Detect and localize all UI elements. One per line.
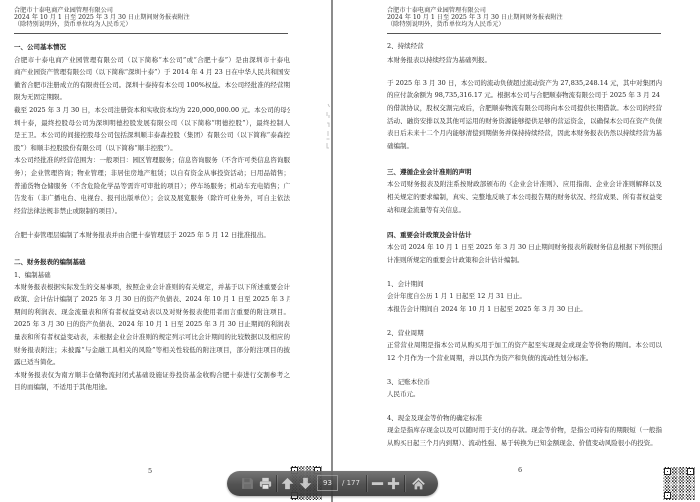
page-number: 6	[518, 466, 522, 474]
section-heading: 二、财务报表的编制基础	[14, 256, 290, 269]
subsection-heading: 3、记账本位币	[387, 376, 662, 389]
section-2: 二、财务报表的编制基础	[14, 256, 290, 269]
arrow-down-icon[interactable]	[299, 477, 312, 490]
text-line: 合肥市十泰电商产业园管理有限公司（以下简称“本公司”或“合肥十泰”）是由深圳市十…	[14, 54, 290, 67]
page-header: 合肥市十泰电商产业园管理有限公司 2024 年 10 月 1 日至 2025 年…	[387, 7, 662, 28]
text-line: 普通货物仓储服务（不含危险化学品等需许可审批的项目）；停车场服务；机动车充电销售…	[14, 180, 290, 193]
text-line: 股”）和顺丰控股股份有限公司（以下简称“顺丰控股”）。	[14, 142, 290, 155]
text-line: 础编制。	[387, 140, 662, 153]
page-number-input[interactable]	[317, 475, 338, 491]
text-line: 经营法律法规非禁止或限制的项目）。	[14, 205, 290, 218]
zoom-out-icon[interactable]	[371, 477, 384, 490]
zoom-in-icon[interactable]	[387, 477, 400, 490]
text-line: 是王卫。本公司的间接控股母公司包括深圳顺丰泰森控股（集团）有限公司（以下简称“泰…	[14, 129, 290, 142]
text-line: 目的而编制，不适用于其他用途。	[14, 381, 290, 394]
functional-currency: 3、记账本位币 人民币元。	[387, 376, 662, 401]
section-2-body: 本财务报表根据实际发生的交易事项，按照企业会计准则的有关规定，并基于以下所述重要…	[14, 281, 290, 394]
text-line: 本财务报表以持续经营为基础列报。	[387, 54, 662, 67]
text-line: 于 2025 年 3 月 30 日，本公司的流动负债超过流动资产为 27,835…	[387, 77, 662, 90]
text-line: 露已适当简化。	[14, 356, 290, 369]
header-rule	[387, 33, 661, 34]
header-company: 合肥市十泰电商产业园管理有限公司	[387, 7, 662, 14]
text-line: 徽省合肥市注册成立的有限责任公司。深圳十泰持有本公司 100%权益。本公司经批准…	[14, 79, 290, 92]
text-line: 动和现金流量等有关信息。	[387, 204, 662, 217]
subsection-heading: 2、营业周期	[387, 327, 662, 340]
page-header: 合肥市十泰电商产业园管理有限公司 2024 年 10 月 1 日至 2025 年…	[14, 7, 290, 28]
text-line: 相关规定的要求编制，真实、完整地反映了本公司报告期的财务状况、经营成果、所有者权…	[387, 191, 662, 204]
section-heading: 四、重要会计政策及会计估计	[387, 229, 662, 242]
total-pages: / 177	[342, 471, 360, 496]
header-company: 合肥市十泰电商产业园管理有限公司	[14, 7, 290, 14]
subsection-heading: 4、现金及现金等价物的确定标准	[387, 412, 662, 425]
text-line: 计准则所规定的重要会计政策和会计估计编制。	[387, 254, 662, 267]
print-icon[interactable]	[259, 477, 272, 490]
toolbar-separator	[366, 475, 367, 492]
text-line: 本报告会计期间自 2024 年 10 月 1 日起至 2025 年 3 月 30…	[387, 303, 662, 316]
text-line: 务）；企业管理咨询；物业管理；非居住房地产租赁；以自有资金从事投资活动；日用品销…	[14, 167, 290, 180]
text-line: 政策、会计估计编制了 2025 年 3 月 30 日的资产负债表、2024 年 …	[14, 293, 290, 306]
arrow-up-icon[interactable]	[281, 477, 294, 490]
text-line: 12 个月作为一个营业周期，并以其作为资产和负债的流动性划分标准。	[387, 352, 662, 365]
going-concern: 2、持续经营	[387, 40, 662, 53]
text-line: 财务报表附注；未披露“与金融工具相关的风险”等相关性较低的附注项目，部分附注项目…	[14, 344, 290, 357]
text-line: 告发布（非广播电台、电视台、报刊出版单位）；会议及展览服务（除许可业务外，可自主…	[14, 192, 290, 205]
text-line: 期间的利润表、现金流量表和所有者权益变动表以及对财务报表使用者而言重要的附注项目…	[14, 306, 290, 319]
text-line: 从购买日起三个月内到期）、流动性强、易于转换为已知金额现金、价值变动风险很小的投…	[387, 437, 662, 450]
section-heading: 一、公司基本情况	[14, 41, 290, 54]
subsection-heading: 1、会计期间	[387, 278, 662, 291]
text-line: 限为无固定期限。	[14, 91, 290, 104]
cash-equivalents: 4、现金及现金等价物的确定标准 现金是指库存现金以及可以随时用于支付的存款。现金…	[387, 412, 662, 450]
text-line: 截至 2025 年 3 月 30 日，本公司注册资本和实收资本均为 220,00…	[14, 104, 290, 117]
text-line: 1、编制基础	[14, 269, 290, 282]
text-line: 的借款协议，股权交割完成后，合肥顺泰物流有限公司将向本公司提供长期借款。本公司的…	[387, 102, 662, 115]
going-concern-body: 于 2025 年 3 月 30 日，本公司的流动负债超过流动资产为 27,835…	[387, 77, 662, 153]
text-line: 现金是指库存现金以及可以随时用于支付的存款。现金等价物，是指公司持有的期限短（一…	[387, 424, 662, 437]
text-line: 本财务报表仅为南方顺丰仓储物流封闭式基础设施证券投资基金收购合肥十泰进行交割参考…	[14, 369, 290, 382]
save-icon[interactable]	[241, 477, 254, 490]
section-heading: 三、遵循企业会计准则的声明	[387, 166, 662, 179]
text-line: 人民币元。	[387, 388, 662, 401]
pdf-viewer-toolbar: / 177	[227, 471, 438, 496]
text-line: 合肥十泰管理层编制了本财务报表并由合肥十泰管理层于 2025 年 5 月 12 …	[14, 229, 290, 242]
text-line: 商产业园资产管理有限公司（以下简称“深圳十泰”）于 2014 年 4 月 23 …	[14, 66, 290, 79]
text-line: 活动、融资安排以及其他可运用的财务资源能够提供足够的营运资金，以确保本公司在资产…	[387, 115, 662, 128]
pdf-page-left: 合肥市十泰电商产业园管理有限公司 2024 年 10 月 1 日至 2025 年…	[0, 0, 331, 502]
text-line: 本公司 2024 年 10 月 1 日至 2025 年 3 月 30 日止期间财…	[387, 241, 662, 254]
text-line: 表日后未来十二个月内能够清偿到期债务并保持持续经营，因此本财务报表仍然以持续经营…	[387, 127, 662, 140]
text-line: 会计年度自公历 1 月 1 日起至 12 月 31 日止。	[387, 290, 662, 303]
accounting-period: 1、会计期间 会计年度自公历 1 月 1 日起至 12 月 31 日止。 本报告…	[387, 278, 662, 316]
subsection-heading: 2、持续经营	[387, 40, 662, 53]
home-icon[interactable]	[412, 477, 425, 490]
text-line: 本公司经批准的经营范围为：一般项目：园区管理服务；信息咨询服务（不含许可类信息咨…	[14, 154, 290, 167]
going-concern-intro: 本财务报表以持续经营为基础列报。	[387, 54, 662, 67]
toolbar-separator	[276, 475, 277, 492]
text-line: 本公司财务报表及附注系按财政部颁布的《企业会计准则》、应用指南、企业会计准则解释…	[387, 178, 662, 191]
toolbar-separator	[404, 475, 405, 492]
section-3: 三、遵循企业会计准则的声明 本公司财务报表及附注系按财政部颁布的《企业会计准则》…	[387, 166, 662, 217]
approval-statement: 合肥十泰管理层编制了本财务报表并由合肥十泰管理层于 2025 年 5 月 12 …	[14, 229, 290, 242]
text-line: 正常营业周期是指本公司从购买用于加工的资产起至实现现金或现金等价物的期间。本公司…	[387, 339, 662, 352]
operating-cycle: 2、营业周期 正常营业周期是指本公司从购买用于加工的资产起至实现现金或现金等价物…	[387, 327, 662, 365]
section-1: 一、公司基本情况	[14, 41, 290, 54]
header-period: 2024 年 10 月 1 日至 2025 年 3 月 30 日止期间财务报表附…	[387, 14, 662, 21]
section-4: 四、重要会计政策及会计估计 本公司 2024 年 10 月 1 日至 2025 …	[387, 229, 662, 267]
text-line: 的应付款余额为 98,735,316.17 元。根据本公司与合肥顺泰物流有限公司…	[387, 89, 662, 102]
header-rule	[14, 33, 288, 34]
header-note: （除特别说明外，货币单位均为人民币元）	[14, 21, 290, 28]
header-period: 2024 年 10 月 1 日至 2025 年 3 月 30 日止期间财务报表附…	[14, 14, 290, 21]
text-line: 量表和所有者权益变动表，未根据企业会计准则的规定列示可比会计期间的比较数据以及相…	[14, 331, 290, 344]
qr-code	[663, 467, 695, 500]
section-1-body: 合肥市十泰电商产业园管理有限公司（以下简称“本公司”或“合肥十泰”）是由深圳市十…	[14, 54, 290, 218]
text-line: 本财务报表根据实际发生的交易事项，按照企业会计准则的有关规定，并基于以下所述重要…	[14, 281, 290, 294]
header-note: （除特别说明外，货币单位均为人民币元）	[387, 21, 662, 28]
text-line: 2025 年 3 月 30 日的资产负债表、2024 年 10 月 1 日至 2…	[14, 318, 290, 331]
text-line: 圳十泰，最终控股母公司为深圳明德控股发展有限公司（以下简称“明德控股”），最终控…	[14, 117, 290, 130]
page-number: 5	[148, 467, 152, 475]
subsection-heading: 1、编制基础	[14, 269, 290, 282]
